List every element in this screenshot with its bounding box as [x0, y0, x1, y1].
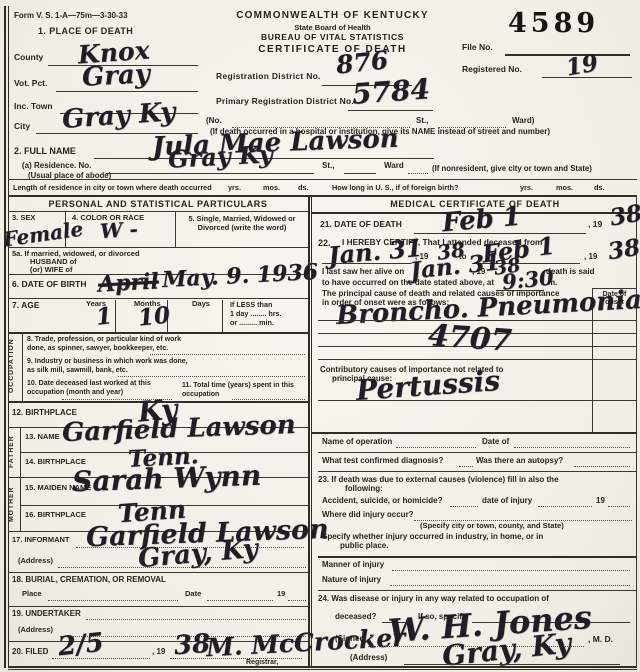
less-than-line2: 1 day ........ hrs.: [230, 310, 282, 318]
race-marital-divider: [175, 211, 176, 247]
file-no-label: File No.: [462, 43, 493, 53]
sex-value: Female: [2, 219, 84, 250]
residence-label: (a) Residence. No.: [22, 162, 91, 171]
rule-r2: [312, 432, 637, 434]
rule-l5: [8, 332, 308, 334]
occurred-text: to have occurred on the date stated abov…: [322, 279, 494, 288]
onset-rule-4: [592, 359, 637, 360]
autopsy-label: Was there an autopsy?: [476, 457, 563, 466]
residence-ward-label: Ward: [384, 162, 404, 171]
specify-city-note: (Specify city or town, county, and State…: [420, 522, 564, 531]
rule-r3: [318, 452, 637, 453]
cause-rule-5: [318, 400, 592, 401]
m-label: m.: [548, 279, 557, 288]
length-residence-label: Length of residence in city or town wher…: [13, 184, 212, 192]
race-value: W -: [99, 219, 138, 242]
dob-struck-value: April: [97, 270, 159, 295]
burial-19-dotted: [288, 600, 306, 601]
item8-label: 8. Trade, profession, or particular kind…: [27, 336, 195, 353]
residence-ward-line: [408, 173, 428, 174]
burial-place-label: Place: [22, 590, 42, 598]
masthead: COMMONWEALTH OF KENTUCKY State Board of …: [200, 10, 465, 55]
filed-19-label: , 19: [152, 648, 165, 657]
attended-from-line: [322, 263, 412, 264]
item11-label: 11. Total time (years) spent in this occ…: [182, 382, 300, 399]
certificate-title: CERTIFICATE OF DEATH: [200, 44, 465, 55]
registration-district-value: 876: [335, 47, 390, 77]
cause-code-value: 4707: [427, 321, 512, 357]
test-label: What test confirmed diagnosis?: [322, 457, 443, 466]
age-div-3: [222, 300, 223, 332]
bottom-rule-2: [8, 669, 637, 670]
ward-paren-label: Ward): [512, 117, 534, 126]
nature-dotted: [390, 585, 630, 586]
birthplace-label: 12. BIRTHPLACE: [12, 409, 77, 418]
age-days-label: Days: [192, 300, 210, 308]
manner-label: Manner of injury: [322, 561, 384, 570]
marital-label: 5. Single, Married, Widowed or Divorced …: [178, 214, 306, 232]
registration-district-label: Registration District No.: [216, 72, 321, 82]
specify-whether-line2: public place.: [340, 542, 388, 551]
registered-no-label: Registered No.: [462, 65, 522, 75]
date-of-death-label: 21. DATE OF DEATH: [320, 220, 402, 230]
item11-dotted: [232, 399, 305, 400]
dob-label: 6. DATE OF BIRTH: [12, 280, 86, 290]
residence-st-label: St.,: [322, 162, 334, 171]
father-name-value: Garfield Lawson: [62, 412, 296, 446]
accident-dotted: [450, 506, 478, 507]
rule-l2: [8, 247, 308, 248]
rule-r4: [318, 471, 637, 472]
rule-l1: [8, 211, 308, 212]
onset-rule-5: [592, 400, 637, 401]
residence-st-line: [344, 173, 376, 174]
alive-19-label: , 19: [472, 268, 485, 277]
full-name-label: 2. FULL NAME: [14, 146, 76, 156]
age-div-1: [115, 300, 116, 332]
bottom-rule: [8, 666, 637, 668]
vot-pct-line: [56, 91, 198, 92]
less-than-line3: or ......... min.: [230, 319, 274, 327]
md-label: , M. D.: [588, 635, 613, 645]
columns-top-rule: [8, 195, 637, 197]
howlong-ds-label: ds.: [594, 184, 605, 192]
accident-label: Accident, suicide, or homicide?: [322, 497, 442, 506]
rule-r6: [318, 590, 637, 591]
date-of-death-value: Feb 1: [441, 204, 522, 237]
mother-vertical-label: MOTHER: [8, 480, 16, 528]
nonresident-note: (If nonresident, give city or town and S…: [432, 165, 592, 174]
item9-label: 9. Industry or business in which work wa…: [27, 358, 195, 375]
where-injury-label: Where did injury occur?: [322, 511, 414, 520]
st-label: St.,: [416, 117, 428, 126]
father-name-label: 13. NAME: [25, 433, 60, 441]
nature-label: Nature of injury: [322, 576, 381, 585]
physician-address-label: (Address): [350, 654, 387, 663]
age-months-value: 10: [137, 303, 171, 329]
onset-rule-3: [592, 346, 637, 347]
operation-date-dotted: [514, 447, 630, 448]
operation-label: Name of operation: [322, 438, 392, 447]
county-label: County: [14, 53, 43, 63]
howlong-label: How long in U. S., if of foreign birth?: [332, 184, 458, 192]
burial-date-dotted: [207, 600, 273, 601]
filed-label: 20. FILED: [12, 648, 48, 657]
operation-date-label: Date of: [482, 438, 509, 447]
saw-alive-text: I last saw her alive on: [322, 268, 404, 277]
to-year-value: 38: [606, 236, 640, 264]
burial-19-label: 19: [277, 590, 285, 598]
state-board-line: State Board of Health: [200, 23, 465, 32]
item24-deceased-label: deceased?: [335, 613, 376, 622]
burial-date-label: Date: [185, 590, 201, 598]
age-label: 7. AGE: [12, 301, 40, 311]
undertaker-address-label: (Address): [18, 626, 53, 634]
injury-19-dotted: [608, 506, 630, 507]
vot-pct-value: Gray: [81, 61, 150, 91]
occupation-divider: [22, 332, 23, 401]
length-ds-label: ds.: [298, 184, 309, 192]
operation-dotted: [396, 447, 476, 448]
form-number: Form V. S. 1-A—75m—3-30-33: [14, 12, 128, 21]
onset-rule-2: [592, 333, 637, 334]
occupation-vertical-label: OCCUPATION: [8, 336, 16, 396]
item9-dotted: [118, 376, 305, 377]
less-than-line1: If LESS than: [230, 301, 272, 309]
vot-pct-label: Vot. Pct.: [14, 79, 47, 89]
date-of-injury-dotted: [538, 506, 592, 507]
autopsy-dotted: [574, 466, 630, 467]
cause-rule-4: [318, 359, 592, 360]
sex-label: 3. SEX: [12, 214, 35, 222]
to-19-label: , 19: [584, 253, 597, 262]
informant-label: 17. INFORMANT: [12, 536, 70, 544]
city-value: Gray Ky: [61, 99, 176, 133]
length-yrs-label: yrs.: [228, 184, 241, 192]
bureau-line: BUREAU OF VITAL STATISTICS: [200, 32, 465, 42]
filed-dotted-2: [170, 658, 302, 659]
test-dotted: [459, 466, 473, 467]
item8-dotted: [150, 354, 305, 355]
age-years-value: 1: [95, 304, 113, 329]
burial-label: 18. BURIAL, CREMATION, OR REMOVAL: [12, 576, 166, 585]
signed-label: (Signed: [335, 635, 364, 644]
item23-line2: following:: [345, 485, 383, 494]
howlong-yrs-label: yrs.: [520, 184, 533, 192]
registered-no-value: 19: [564, 51, 600, 79]
rule-l12: [8, 572, 308, 573]
burial-place-dotted: [48, 600, 178, 601]
physician-address-line: [404, 664, 620, 665]
city-label: City: [14, 122, 30, 132]
registrar-label: Registrar,: [246, 659, 278, 667]
commonwealth-title: COMMONWEALTH OF KENTUCKY: [200, 10, 465, 22]
mother-birthplace-label: 16. BIRTHPLACE: [25, 511, 86, 519]
onset-rule-1: [592, 320, 637, 321]
dod-19-label: , 19: [588, 220, 602, 230]
howlong-mos-label: mos.: [556, 184, 573, 192]
length-row-top-rule: [8, 179, 637, 180]
mother-divider: [20, 477, 21, 531]
primary-district-value: 5784: [351, 75, 431, 108]
certificate-stamp-number: 4589: [508, 8, 599, 39]
inc-town-label: Inc. Town: [14, 102, 53, 112]
dob-value: May. 9. 1936: [162, 261, 319, 291]
length-mos-label: mos.: [263, 184, 280, 192]
residence-line: [106, 173, 314, 174]
death-certificate-document: Form V. S. 1-A—75m—3-30-33 1. PLACE OF D…: [0, 0, 640, 672]
residence-value: Gray Ky: [167, 142, 273, 171]
father-vertical-label: FATHER: [8, 429, 16, 475]
personal-section-title: PERSONAL AND STATISTICAL PARTICULARS: [8, 199, 308, 209]
undertaker-label: 19. UNDERTAKER: [12, 610, 81, 619]
dod-year-value: 38: [608, 201, 640, 229]
no-paren-label: (No.: [206, 117, 222, 126]
filed-date-value: 2/5: [57, 630, 105, 661]
rule-r5: [318, 556, 637, 558]
place-of-death-title: 1. PLACE OF DEATH: [38, 26, 133, 36]
rule-l13: [8, 606, 308, 607]
mother-name-value: Sarah Wynn: [72, 462, 262, 497]
filed-dotted-1: [52, 658, 150, 659]
undertaker-dotted: [86, 619, 306, 620]
manner-dotted: [392, 570, 630, 571]
injury-19-label: 19: [596, 497, 605, 506]
date-of-injury-label: date of injury: [482, 497, 532, 506]
informant-address-label: (Address): [18, 557, 53, 565]
primary-district-label: Primary Registration District No.: [216, 97, 354, 107]
